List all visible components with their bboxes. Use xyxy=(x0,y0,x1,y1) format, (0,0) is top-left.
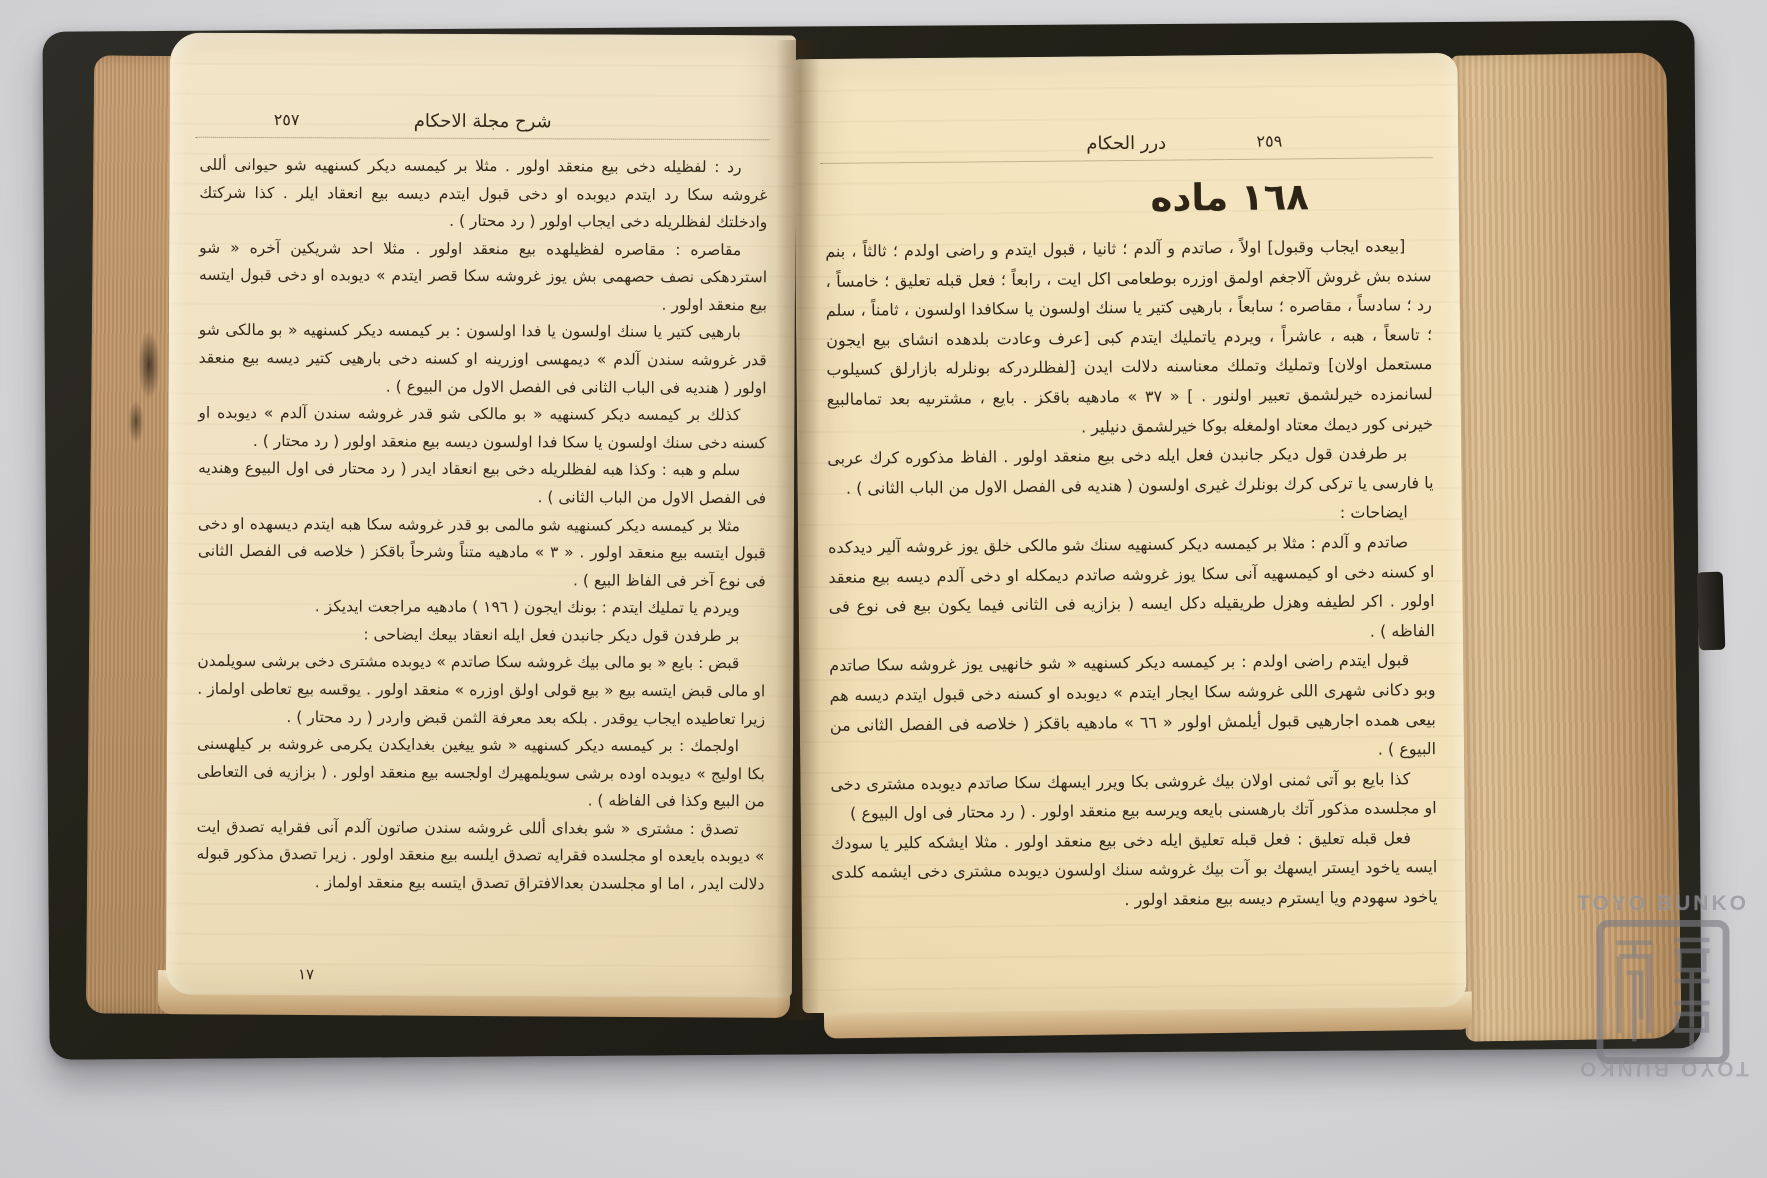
paragraph: بر طرفدن قول ديكر جانبدن فعل ايله انعقاد… xyxy=(197,621,765,651)
book-gutter-shadow xyxy=(776,40,820,1020)
left-page-running-title: شرح مجلة الاحكام xyxy=(196,110,770,134)
watermark-text-bottom: TOYO BUNKO xyxy=(1560,1056,1766,1080)
paragraph: كذلك بر كيمسه ديكر كسنهيه « بو مالكى شو … xyxy=(198,400,766,458)
paragraph: بارهيى كتير يا سنك اولسون يا فدا اولسون … xyxy=(198,317,766,402)
paragraph: قبول ايتدم راضى اولدم : بر كيمسه ديكر كس… xyxy=(829,645,1436,769)
right-page-text: [بيعده ايجاب وقبول] اولاً ، صاتدم و آلدم… xyxy=(825,231,1438,917)
article-heading: ١٦٨ ماده xyxy=(1150,175,1309,220)
paragraph: مقاصره : مقاصره لفظيلهده بيع منعقد اولور… xyxy=(199,235,767,320)
paragraph: رد : لفظيله دخى بيع منعقد اولور . مثلا ب… xyxy=(199,152,767,237)
book-clasp xyxy=(1697,572,1726,651)
right-page-running-title: درر الحكام xyxy=(820,130,1432,157)
paragraph: اولجمك : بر كيمسه ديكر كسنهيه « شو ييغين… xyxy=(197,731,765,816)
left-page-header: ٢٥٧ شرح مجلة الاحكام xyxy=(196,33,770,141)
paragraph: صاتدم و آلدم : مثلا بر كيمسه ديكر كسنهيه… xyxy=(828,527,1435,651)
right-page-number: ٢٥٩ xyxy=(1256,132,1282,151)
paragraph: سلم و هبه : وكذا هبه لفظلريله دخى بيع ان… xyxy=(198,455,766,513)
right-page-header: درر الحكام ٢٥٩ xyxy=(819,53,1432,164)
paragraph: تصدق : مشترى « شو بغداى أللى غروشه سندن … xyxy=(196,814,764,899)
paragraph: كذا بايع بو آتى ثمنى اولان بيك غروشى بكا… xyxy=(830,764,1437,829)
paragraph: قبض : بايع « بو مالى بيك غروشه سكا صاتدم… xyxy=(197,648,765,733)
paragraph: مثلا بر كيمسه ديكر كسنهيه شو مالمى بو قد… xyxy=(198,510,766,595)
right-page: درر الحكام ٢٥٩ ١٦٨ ماده [بيعده ايجاب وقب… xyxy=(793,53,1466,1013)
paragraph: فعل قبله تعليق : فعل قبله تعليق ايله دخى… xyxy=(831,823,1438,918)
paragraph: ويردم يا تمليك ايتدم : بونك ايجون ( ١٩٦ … xyxy=(198,593,766,623)
edge-stain xyxy=(138,330,160,400)
paragraph: [بيعده ايجاب وقبول] اولاً ، صاتدم و آلدم… xyxy=(825,231,1433,444)
page-edges-right xyxy=(1450,52,1681,1041)
left-page: ٢٥٧ شرح مجلة الاحكام رد : لفظيله دخى بيع… xyxy=(166,33,796,998)
photo-stage: ٢٥٧ شرح مجلة الاحكام رد : لفظيله دخى بيع… xyxy=(0,0,1767,1178)
paragraph: بر طرفدن قول ديكر جانبدن فعل ايله دخى بي… xyxy=(827,438,1434,503)
edge-stain xyxy=(128,400,144,444)
gathering-signature: ١٧ xyxy=(298,965,314,983)
left-page-text: رد : لفظيله دخى بيع منعقد اولور . مثلا ب… xyxy=(196,152,767,899)
